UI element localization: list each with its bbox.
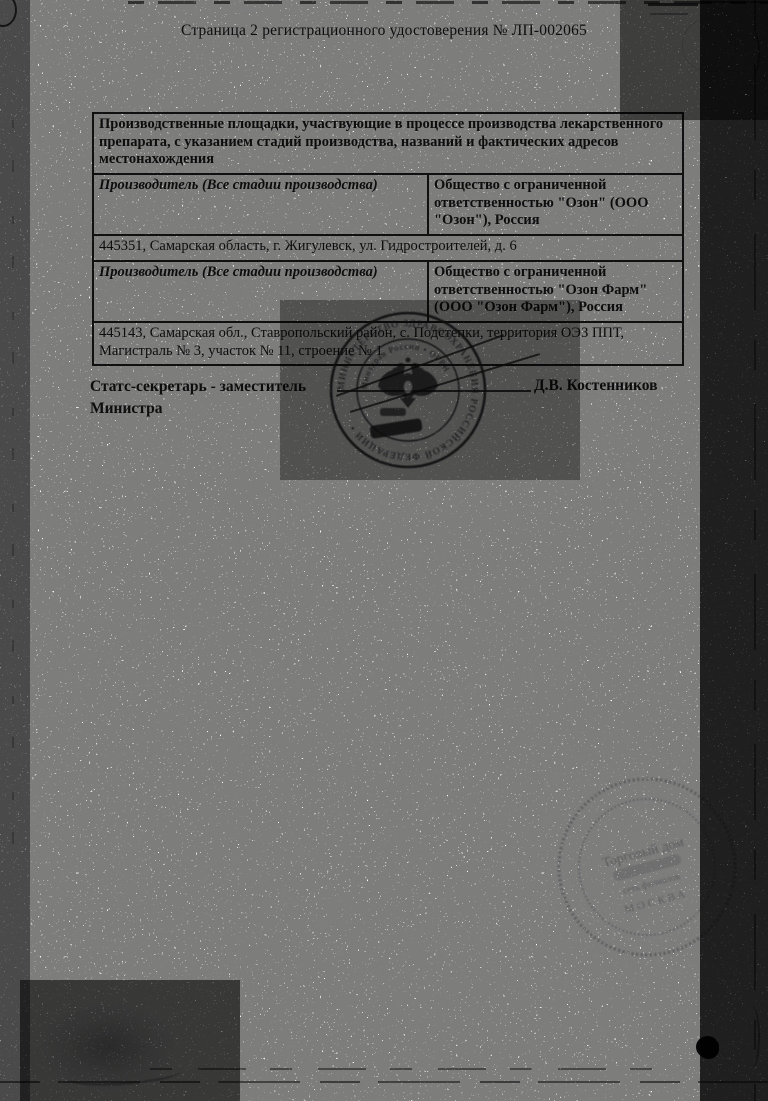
scan-edge-artifact-top xyxy=(128,1,768,4)
scan-edge-artifact-bottom xyxy=(150,1068,670,1070)
scanned-document-page: Страница 2 регистрационного удостоверени… xyxy=(0,0,768,1101)
table-row: 445351, Самарская область, г. Жигулевск,… xyxy=(93,235,683,261)
scan-streak xyxy=(648,3,698,6)
scan-streak xyxy=(650,13,688,15)
scan-edge-artifact-bottom xyxy=(0,1081,768,1083)
scan-edge-artifact-left xyxy=(12,120,14,880)
manufacturer-label-cell: Производитель (Все стадии производства) xyxy=(93,174,428,235)
scan-edge-artifact-right xyxy=(754,0,756,1101)
signatory-name: Д.В. Костенников xyxy=(534,377,657,395)
double-headed-eagle-icon xyxy=(378,358,438,409)
page-title: Страница 2 регистрационного удостоверени… xyxy=(0,22,768,40)
trading-house-stamp: Торговый дом сеть филиалов МОСКВА xyxy=(552,772,742,962)
ink-smudge xyxy=(42,1004,174,1090)
scan-streak xyxy=(702,1,766,3)
table-row: Производитель (Все стадии производства) … xyxy=(93,174,683,235)
manufacturer-address-cell: 445351, Самарская область, г. Жигулевск,… xyxy=(93,235,683,261)
ink-smudge xyxy=(67,1062,180,1089)
hole-punch-dot xyxy=(696,1036,719,1058)
signatory-title: Статс-секретарь - заместитель Министра xyxy=(90,376,355,419)
ink-smudge xyxy=(369,408,422,439)
table-header-row: Производственные площадки, участвующие в… xyxy=(93,113,683,174)
table-header-cell: Производственные площадки, участвующие в… xyxy=(93,113,683,174)
ministry-round-stamp: МИНИСТЕРСТВО ЗДРАВООХРАНЕНИЯ РОССИЙСКОЙ … xyxy=(322,304,494,476)
manufacturer-name-cell: Общество с ограниченной ответственностью… xyxy=(428,174,683,235)
scan-arc-mark xyxy=(744,1006,760,1068)
